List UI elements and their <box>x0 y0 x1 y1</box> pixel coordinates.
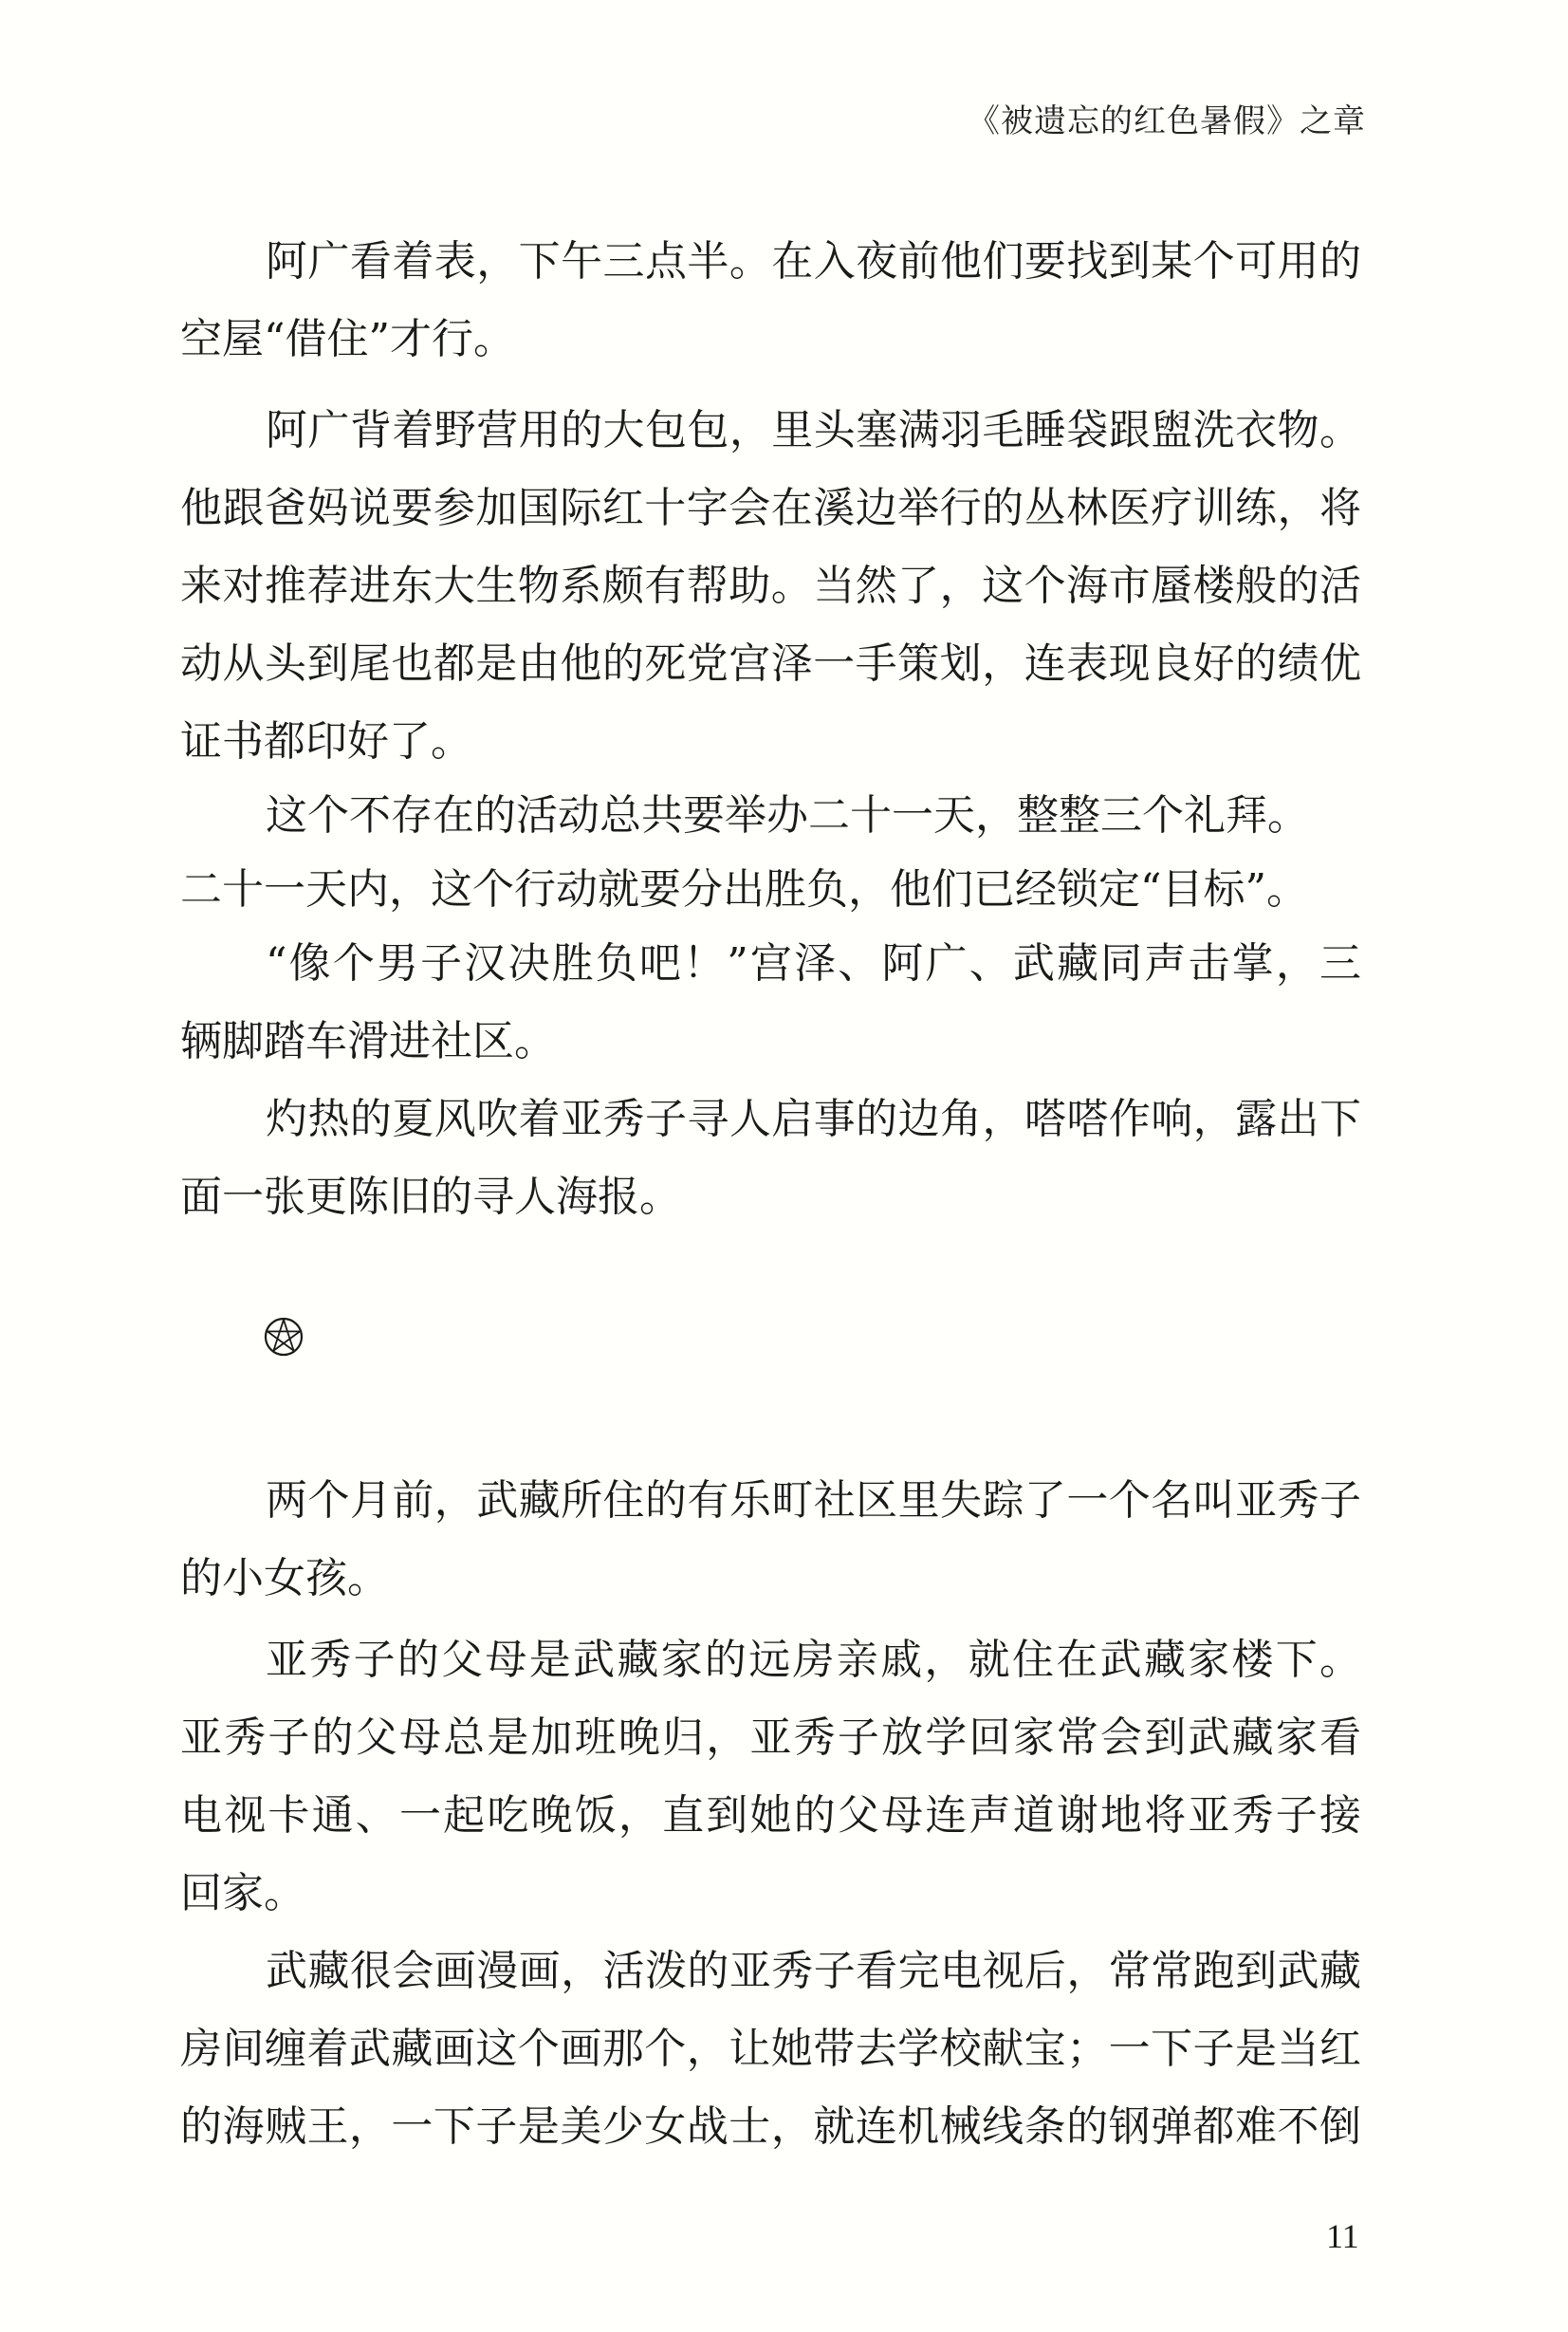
text-line: 这个不存在的活动总共要举办二十一天，整整三个礼拜。 <box>266 787 1309 844</box>
text-line: 的小女孩。 <box>180 1550 389 1607</box>
text-line: 武藏很会画漫画，活泼的亚秀子看完电视后，常常跑到武藏 <box>266 1943 1361 2000</box>
text-line: 两个月前，武藏所住的有乐町社区里失踪了一个名叫亚秀子 <box>266 1472 1361 1529</box>
text-line: 空屋“借住”才行。 <box>180 311 515 368</box>
pentagram-icon <box>264 1317 304 1357</box>
text-line: 的海贼王，一下子是美少女战士，就连机械线条的钢弹都难不倒 <box>180 2099 1361 2156</box>
text-line: 辆脚踏车滑进社区。 <box>180 1013 556 1070</box>
text-line: 房间缠着武藏画这个画那个，让她带去学校献宝；一下子是当红 <box>180 2021 1361 2078</box>
text-line: 灼热的夏风吹着亚秀子寻人启事的边角，嗒嗒作响，露出下 <box>266 1091 1361 1148</box>
text-line: “像个男子汉决胜负吧！”宫泽、阿广、武藏同声击掌，三 <box>266 935 1361 992</box>
text-line: 来对推荐进东大生物系颇有帮助。当然了，这个海市蜃楼般的活 <box>180 558 1361 615</box>
text-line: 他跟爸妈说要参加国际红十字会在溪边举行的丛林医疗训练，将 <box>180 480 1361 537</box>
text-line: 亚秀子的父母总是加班晚归，亚秀子放学回家常会到武藏家看 <box>180 1710 1361 1767</box>
text-line: 电视卡通、一起吃晚饭，直到她的父母连声道谢地将亚秀子接 <box>180 1787 1361 1844</box>
text-line: 证书都印好了。 <box>180 713 472 770</box>
text-line: 动从头到尾也都是由他的死党宫泽一手策划，连表现良好的绩优 <box>180 636 1361 693</box>
text-line: 阿广背着野营用的大包包，里头塞满羽毛睡袋跟盥洗衣物。 <box>266 402 1361 459</box>
text-line: 二十一天内，这个行动就要分出胜负，他们已经锁定“目标”。 <box>180 861 1308 918</box>
running-header: 《被遗忘的红色暑假》之章 <box>968 95 1366 141</box>
text-line: 亚秀子的父母是武藏家的远房亲戚，就住在武藏家楼下。 <box>266 1632 1361 1689</box>
page-number: 11 <box>1326 2216 1359 2256</box>
text-line: 面一张更陈旧的寻人海报。 <box>180 1169 681 1226</box>
text-line: 阿广看着表，下午三点半。在入夜前他们要找到某个可用的 <box>266 233 1361 290</box>
text-line: 回家。 <box>180 1865 305 1922</box>
